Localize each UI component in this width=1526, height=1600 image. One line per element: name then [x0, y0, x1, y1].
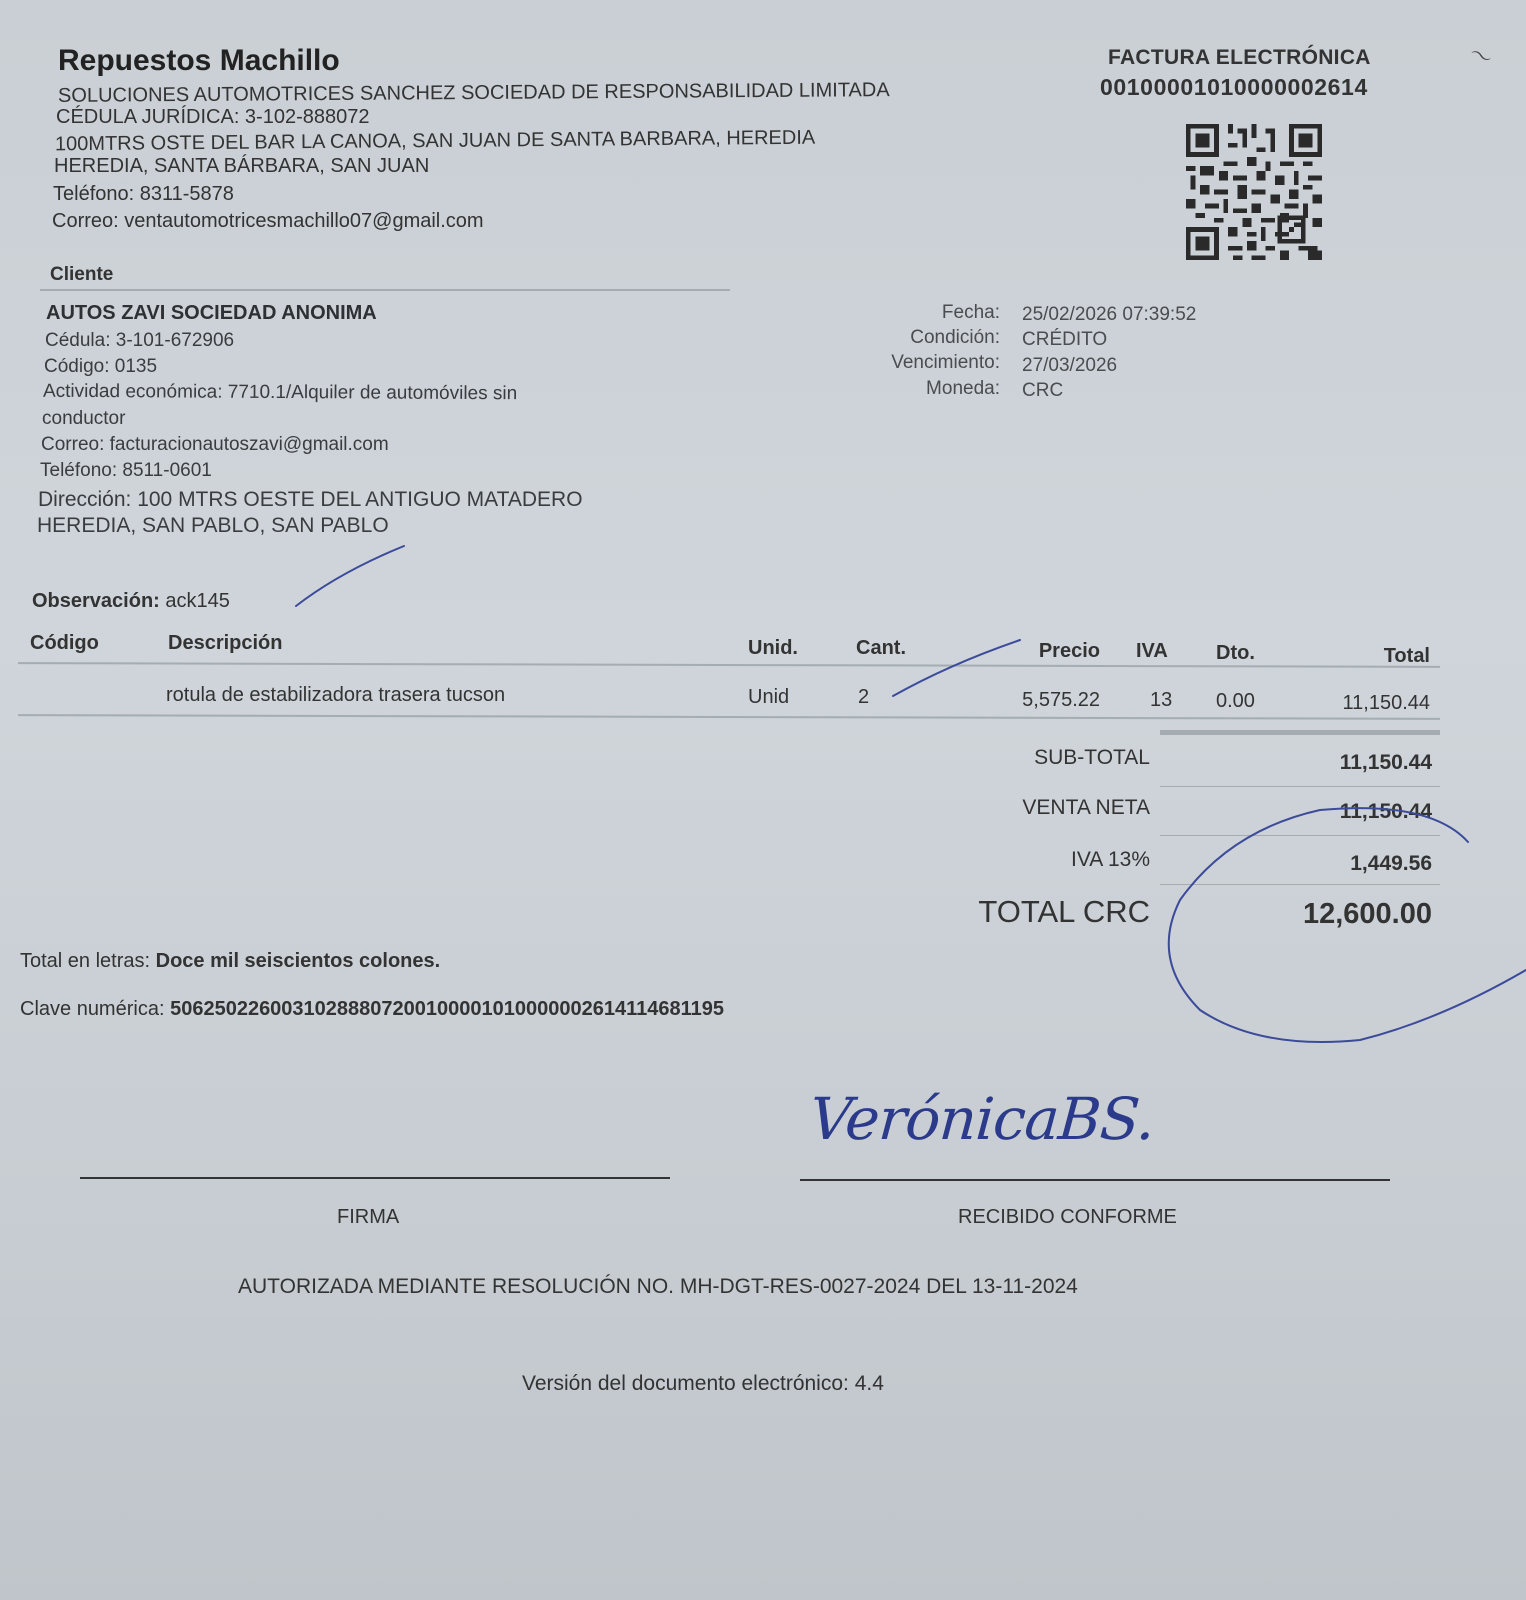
client-code: Código: 0135: [44, 356, 157, 378]
net-sale-label: VENTA NETA: [950, 796, 1150, 820]
net-sale-value: 11,150.44: [1212, 800, 1432, 824]
client-phone: Teléfono: 8511-0601: [40, 460, 212, 482]
col-header-description: Descripción: [168, 632, 282, 655]
pen-mark-icon: 〜: [1464, 37, 1497, 74]
issuer-trade-name: Repuestos Machillo: [58, 44, 340, 78]
row-price: 5,575.22: [960, 689, 1100, 712]
grand-total-value: 12,600.00: [1212, 898, 1432, 931]
client-id: Cédula: 3-101-672906: [45, 330, 234, 352]
totals-divider: [1160, 884, 1440, 885]
tax-value: 1,449.56: [1212, 852, 1432, 876]
client-section-label: Cliente: [50, 264, 113, 286]
issuer-address-line1: 100MTRS OSTE DEL BAR LA CANOA, SAN JUAN …: [55, 127, 815, 157]
date-value: 25/02/2026 07:39:52: [1022, 304, 1196, 326]
client-email: Correo: facturacionautoszavi@gmail.com: [41, 434, 389, 456]
amount-in-words: Total en letras: Doce mil seiscientos co…: [20, 950, 440, 973]
observation-value: ack145: [165, 590, 230, 612]
amount-in-words-value: Doce mil seiscientos colones.: [156, 950, 441, 972]
subtotal-value: 11,150.44: [1212, 751, 1432, 775]
row-qty: 2: [858, 686, 869, 709]
totals-top-bar: [1160, 730, 1440, 735]
signature-label-firma: FIRMA: [337, 1206, 399, 1229]
client-address-line1: Dirección: 100 MTRS OESTE DEL ANTIGUO MA…: [38, 488, 583, 512]
row-discount: 0.00: [1216, 690, 1255, 713]
client-activity-line2: conductor: [42, 408, 125, 430]
col-header-qty: Cant.: [856, 637, 906, 660]
condition-label: Condición:: [830, 327, 1000, 349]
numeric-key: Clave numérica: 506250226003102888072001…: [20, 998, 724, 1021]
subtotal-label: SUB-TOTAL: [950, 746, 1150, 770]
document-version: Versión del documento electrónico: 4.4: [522, 1372, 884, 1396]
issuer-legal-name: SOLUCIONES AUTOMOTRICES SANCHEZ SOCIEDAD…: [58, 79, 890, 108]
client-name: AUTOS ZAVI SOCIEDAD ANONIMA: [46, 302, 377, 325]
document-number: 00100001010000002614: [1100, 74, 1368, 101]
date-label: Fecha:: [830, 302, 1000, 324]
col-header-discount: Dto.: [1216, 642, 1255, 665]
col-header-tax: IVA: [1136, 640, 1168, 663]
col-header-unit: Unid.: [748, 637, 798, 660]
observation: Observación: ack145: [32, 590, 230, 613]
condition-value: CRÉDITO: [1022, 329, 1107, 351]
totals-divider: [1160, 786, 1440, 787]
document-type: FACTURA ELECTRÓNICA: [1108, 46, 1371, 70]
tax-label: IVA 13%: [950, 848, 1150, 872]
observation-label: Observación:: [32, 590, 160, 612]
row-total: 11,150.44: [1290, 692, 1430, 715]
col-header-price: Precio: [980, 640, 1100, 663]
row-unit: Unid: [748, 686, 789, 709]
client-address-line2: HEREDIA, SAN PABLO, SAN PABLO: [37, 514, 389, 538]
due-date-label: Vencimiento:: [830, 352, 1000, 374]
currency-label: Moneda:: [830, 378, 1000, 400]
issuer-address-line2: HEREDIA, SANTA BÁRBARA, SAN JUAN: [54, 155, 429, 178]
qr-code-icon: [1180, 124, 1328, 260]
amount-in-words-label: Total en letras:: [20, 950, 150, 972]
issuer-email: Correo: ventautomotricesmachillo07@gmail…: [52, 210, 484, 233]
signature-line-right: [800, 1179, 1390, 1181]
client-activity-line1: Actividad económica: 7710.1/Alquiler de …: [43, 381, 517, 405]
signature-line-left: [80, 1177, 670, 1179]
issuer-legal-id: CÉDULA JURÍDICA: 3-102-888072: [56, 106, 369, 129]
signature-label-received: RECIBIDO CONFORME: [958, 1206, 1177, 1229]
table-row-divider: [18, 714, 1440, 720]
grand-total-label: TOTAL CRC: [930, 894, 1150, 930]
col-header-code: Código: [30, 632, 99, 655]
client-divider: [40, 289, 730, 291]
authorization-note: AUTORIZADA MEDIANTE RESOLUCIÓN NO. MH-DG…: [238, 1275, 1078, 1299]
row-description: rotula de estabilizadora trasera tucson: [166, 684, 505, 707]
issuer-phone: Teléfono: 8311-5878: [53, 183, 234, 206]
numeric-key-label: Clave numérica:: [20, 998, 165, 1020]
handwritten-signature: VerónicaBS.: [808, 1085, 1157, 1153]
totals-divider: [1160, 835, 1440, 836]
due-date-value: 27/03/2026: [1022, 355, 1117, 377]
numeric-key-value: 5062502260031028880720010000101000000261…: [170, 998, 724, 1020]
row-tax: 13: [1150, 689, 1172, 712]
currency-value: CRC: [1022, 380, 1063, 402]
